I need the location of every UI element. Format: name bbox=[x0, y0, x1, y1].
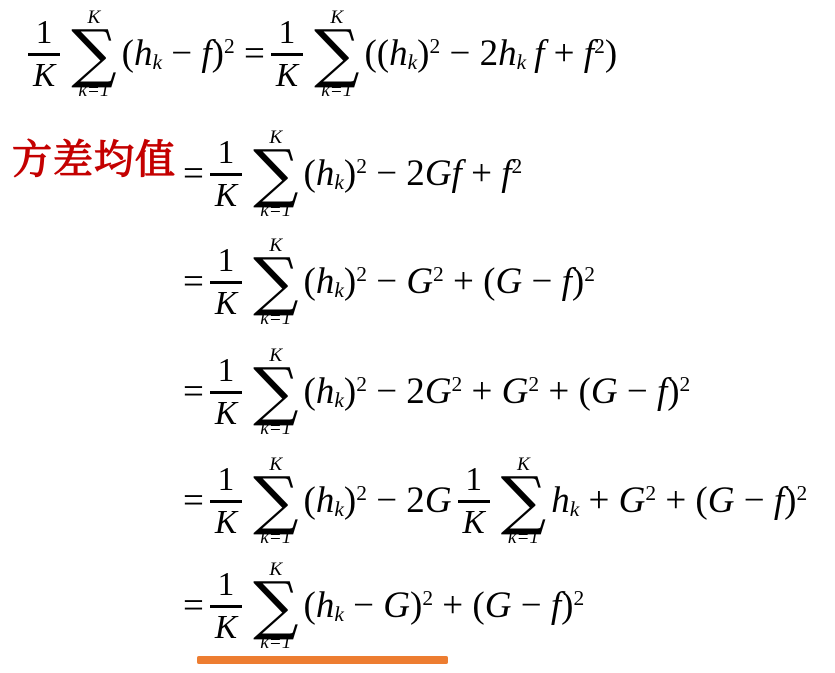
fraction: 1K bbox=[210, 354, 242, 430]
fraction-bar bbox=[271, 53, 303, 56]
equation-line-6: =1KK∑k=1(hk − G)2 + (G − f)2 bbox=[183, 554, 584, 658]
fraction: 1K bbox=[210, 463, 242, 539]
fraction-bar bbox=[210, 605, 242, 608]
math-run: (hk − f)2 = bbox=[122, 34, 265, 75]
math-run: (hk)2 − 2Gf + f2 bbox=[304, 154, 523, 195]
sigma-symbol: ∑ bbox=[253, 366, 298, 418]
fraction-bar bbox=[210, 173, 242, 176]
fraction: 1K bbox=[28, 16, 60, 92]
summation: K∑k=1 bbox=[253, 455, 298, 548]
sigma-symbol: ∑ bbox=[253, 580, 298, 632]
equation-line-3: =1KK∑k=1(hk)2 − G2 + (G − f)2 bbox=[183, 228, 595, 336]
math-run: = bbox=[183, 154, 204, 195]
fraction-bar bbox=[28, 53, 60, 56]
math-run: (hk − G)2 + (G − f)2 bbox=[304, 586, 585, 627]
sigma-symbol: ∑ bbox=[71, 28, 116, 80]
fraction-bar bbox=[458, 500, 490, 503]
summation: K∑k=1 bbox=[501, 455, 546, 548]
equation-line-1: 1KK∑k=1(hk − f)2 =1KK∑k=1((hk)2 − 2hkf +… bbox=[22, 2, 617, 106]
equation-line-5: =1KK∑k=1(hk)2 − 2G1KK∑k=1hk + G2 + (G − … bbox=[183, 446, 807, 556]
equation-line-4: =1KK∑k=1(hk)2 − 2G2 + G2 + (G − f)2 bbox=[183, 338, 690, 446]
summation: K∑k=1 bbox=[314, 8, 359, 101]
math-run: = bbox=[183, 481, 204, 522]
summation: K∑k=1 bbox=[253, 128, 298, 221]
fraction-bar bbox=[210, 500, 242, 503]
summation: K∑k=1 bbox=[253, 236, 298, 329]
equation-line-2: =1KK∑k=1(hk)2 − 2Gf + f2 bbox=[183, 120, 522, 228]
sigma-symbol: ∑ bbox=[501, 475, 546, 527]
fraction-bar bbox=[210, 281, 242, 284]
sigma-symbol: ∑ bbox=[314, 28, 359, 80]
math-run: hk + G2 + (G − f)2 bbox=[551, 481, 807, 522]
slide-canvas: 方差均值 1KK∑k=1(hk − f)2 =1KK∑k=1((hk)2 − 2… bbox=[0, 0, 835, 673]
sigma-symbol: ∑ bbox=[253, 148, 298, 200]
fraction: 1K bbox=[210, 568, 242, 644]
sigma-symbol: ∑ bbox=[253, 475, 298, 527]
math-run: ((hk)2 − 2hkf + f2) bbox=[364, 34, 617, 75]
summation: K∑k=1 bbox=[71, 8, 116, 101]
fraction: 1K bbox=[458, 463, 490, 539]
fraction-bar bbox=[210, 391, 242, 394]
math-run: = bbox=[183, 372, 204, 413]
variance-mean-label: 方差均值 bbox=[12, 128, 176, 185]
sigma-symbol: ∑ bbox=[253, 256, 298, 308]
math-run: (hk)2 − 2G bbox=[304, 481, 452, 522]
math-run: (hk)2 − G2 + (G − f)2 bbox=[304, 262, 595, 303]
math-run: = bbox=[183, 262, 204, 303]
math-run: (hk)2 − 2G2 + G2 + (G − f)2 bbox=[304, 372, 691, 413]
fraction: 1K bbox=[210, 244, 242, 320]
summation: K∑k=1 bbox=[253, 346, 298, 439]
orange-underline bbox=[197, 656, 448, 664]
summation: K∑k=1 bbox=[253, 560, 298, 653]
fraction: 1K bbox=[210, 136, 242, 212]
fraction: 1K bbox=[271, 16, 303, 92]
math-run: = bbox=[183, 586, 204, 627]
